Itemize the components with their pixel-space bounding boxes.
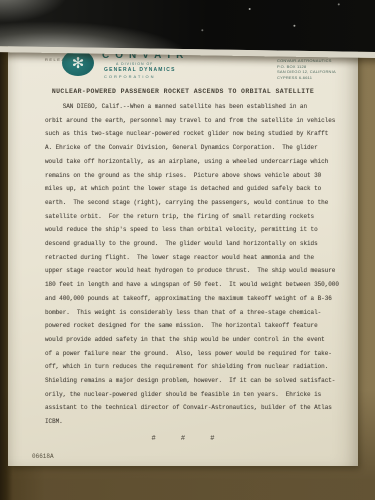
press-release-page: RELEASE ✻ CONVAIR A DIVISION OF GENERAL … (8, 42, 358, 466)
scanned-press-release-scene: RELEASE ✻ CONVAIR A DIVISION OF GENERAL … (0, 0, 375, 500)
star-dot-icon (338, 3, 340, 5)
star-dot-icon (293, 25, 295, 27)
space-photo (0, 0, 375, 58)
star-dot-icon (249, 8, 251, 10)
corporation-line: CORPORATION (104, 74, 202, 79)
document-title: NUCLEAR-POWERED PASSENGER ROCKET ASCENDS… (8, 88, 358, 95)
division-line: A DIVISION OF (116, 62, 202, 66)
end-marks: # # # (8, 435, 358, 443)
reference-number: 06618A (32, 453, 54, 460)
company-name: GENERAL DYNAMICS (104, 67, 202, 73)
star-dot-icon (201, 29, 203, 31)
convair-atom-logo-icon: ✻ (62, 50, 94, 76)
document-body: SAN DIEGO, Calif.--When a manned satelli… (45, 100, 351, 429)
contact-address-block: CONVAIR-ASTRONAUTICS P.O. BOX 1128 SAN D… (277, 58, 351, 80)
